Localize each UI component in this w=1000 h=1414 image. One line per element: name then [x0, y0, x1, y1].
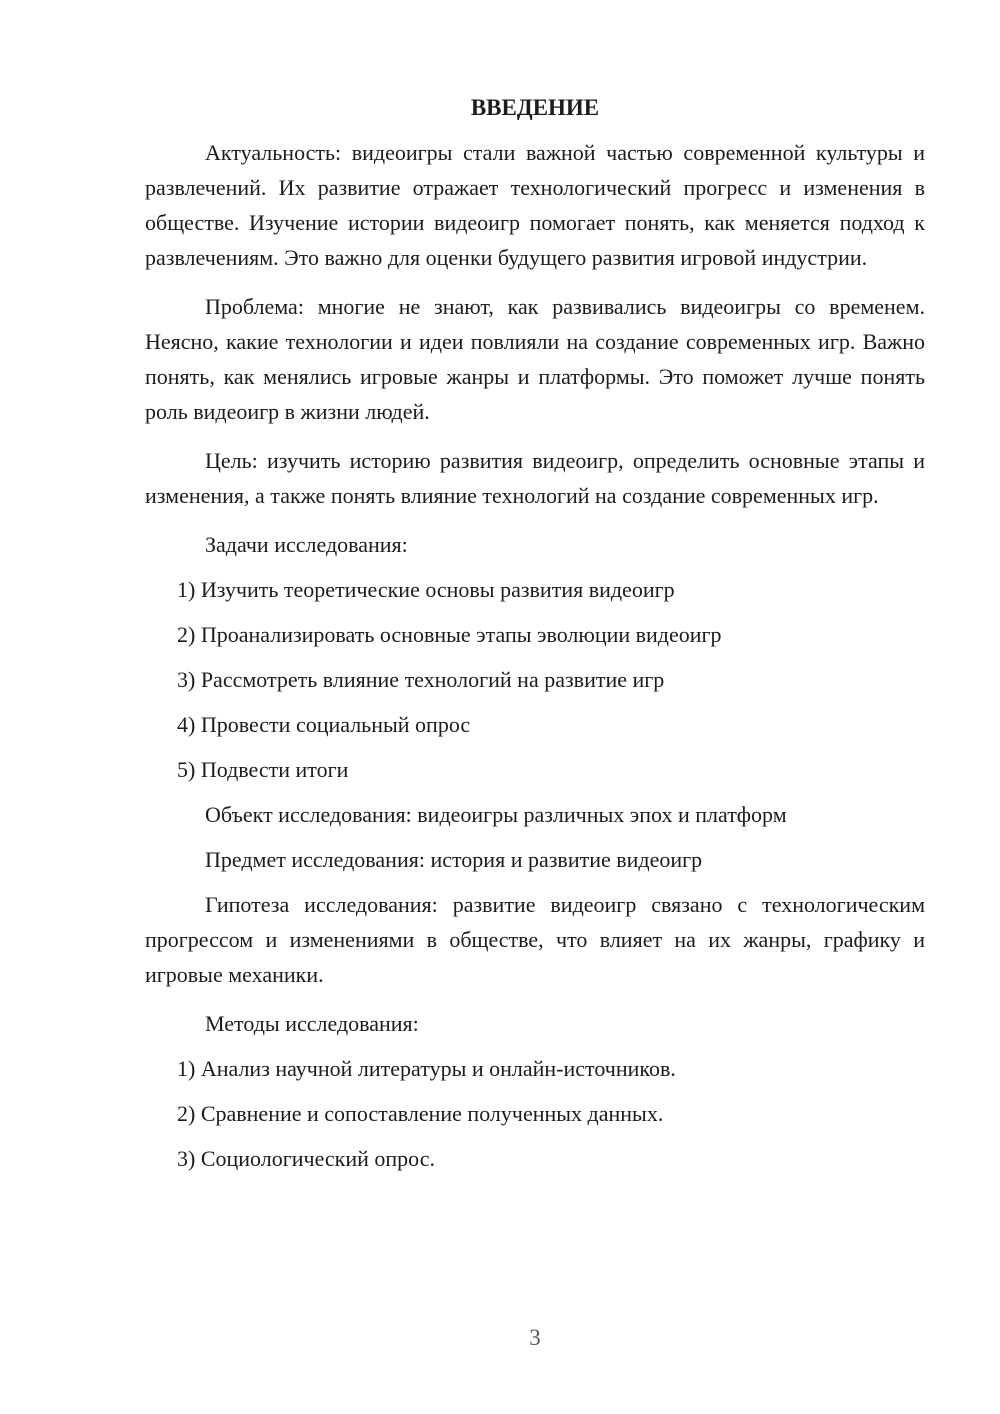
method-item-2: 2) Сравнение и сопоставление полученных … — [145, 1096, 925, 1131]
document-page: ВВЕДЕНИЕ Актуальность: видеоигры стали в… — [0, 0, 1000, 1414]
task-item-4: 4) Провести социальный опрос — [145, 707, 925, 742]
paragraph-research-subject: Предмет исследования: история и развитие… — [145, 842, 925, 877]
paragraph-research-object: Объект исследования: видеоигры различных… — [145, 797, 925, 832]
page-number: 3 — [145, 1320, 925, 1355]
task-item-2: 2) Проанализировать основные этапы эволю… — [145, 617, 925, 652]
method-item-3: 3) Социологический опрос. — [145, 1141, 925, 1176]
task-item-1: 1) Изучить теоретические основы развития… — [145, 572, 925, 607]
page-title: ВВЕДЕНИЕ — [145, 90, 925, 125]
method-item-1: 1) Анализ научной литературы и онлайн-ис… — [145, 1051, 925, 1086]
task-item-3: 3) Рассмотреть влияние технологий на раз… — [145, 662, 925, 697]
task-item-5: 5) Подвести итоги — [145, 752, 925, 787]
methods-heading: Методы исследования: — [145, 1006, 925, 1041]
paragraph-problem: Проблема: многие не знают, как развивали… — [145, 289, 925, 429]
paragraph-goal: Цель: изучить историю развития видеоигр,… — [145, 443, 925, 513]
tasks-heading: Задачи исследования: — [145, 527, 925, 562]
paragraph-relevance: Актуальность: видеоигры стали важной час… — [145, 135, 925, 275]
paragraph-hypothesis: Гипотеза исследования: развитие видеоигр… — [145, 887, 925, 992]
